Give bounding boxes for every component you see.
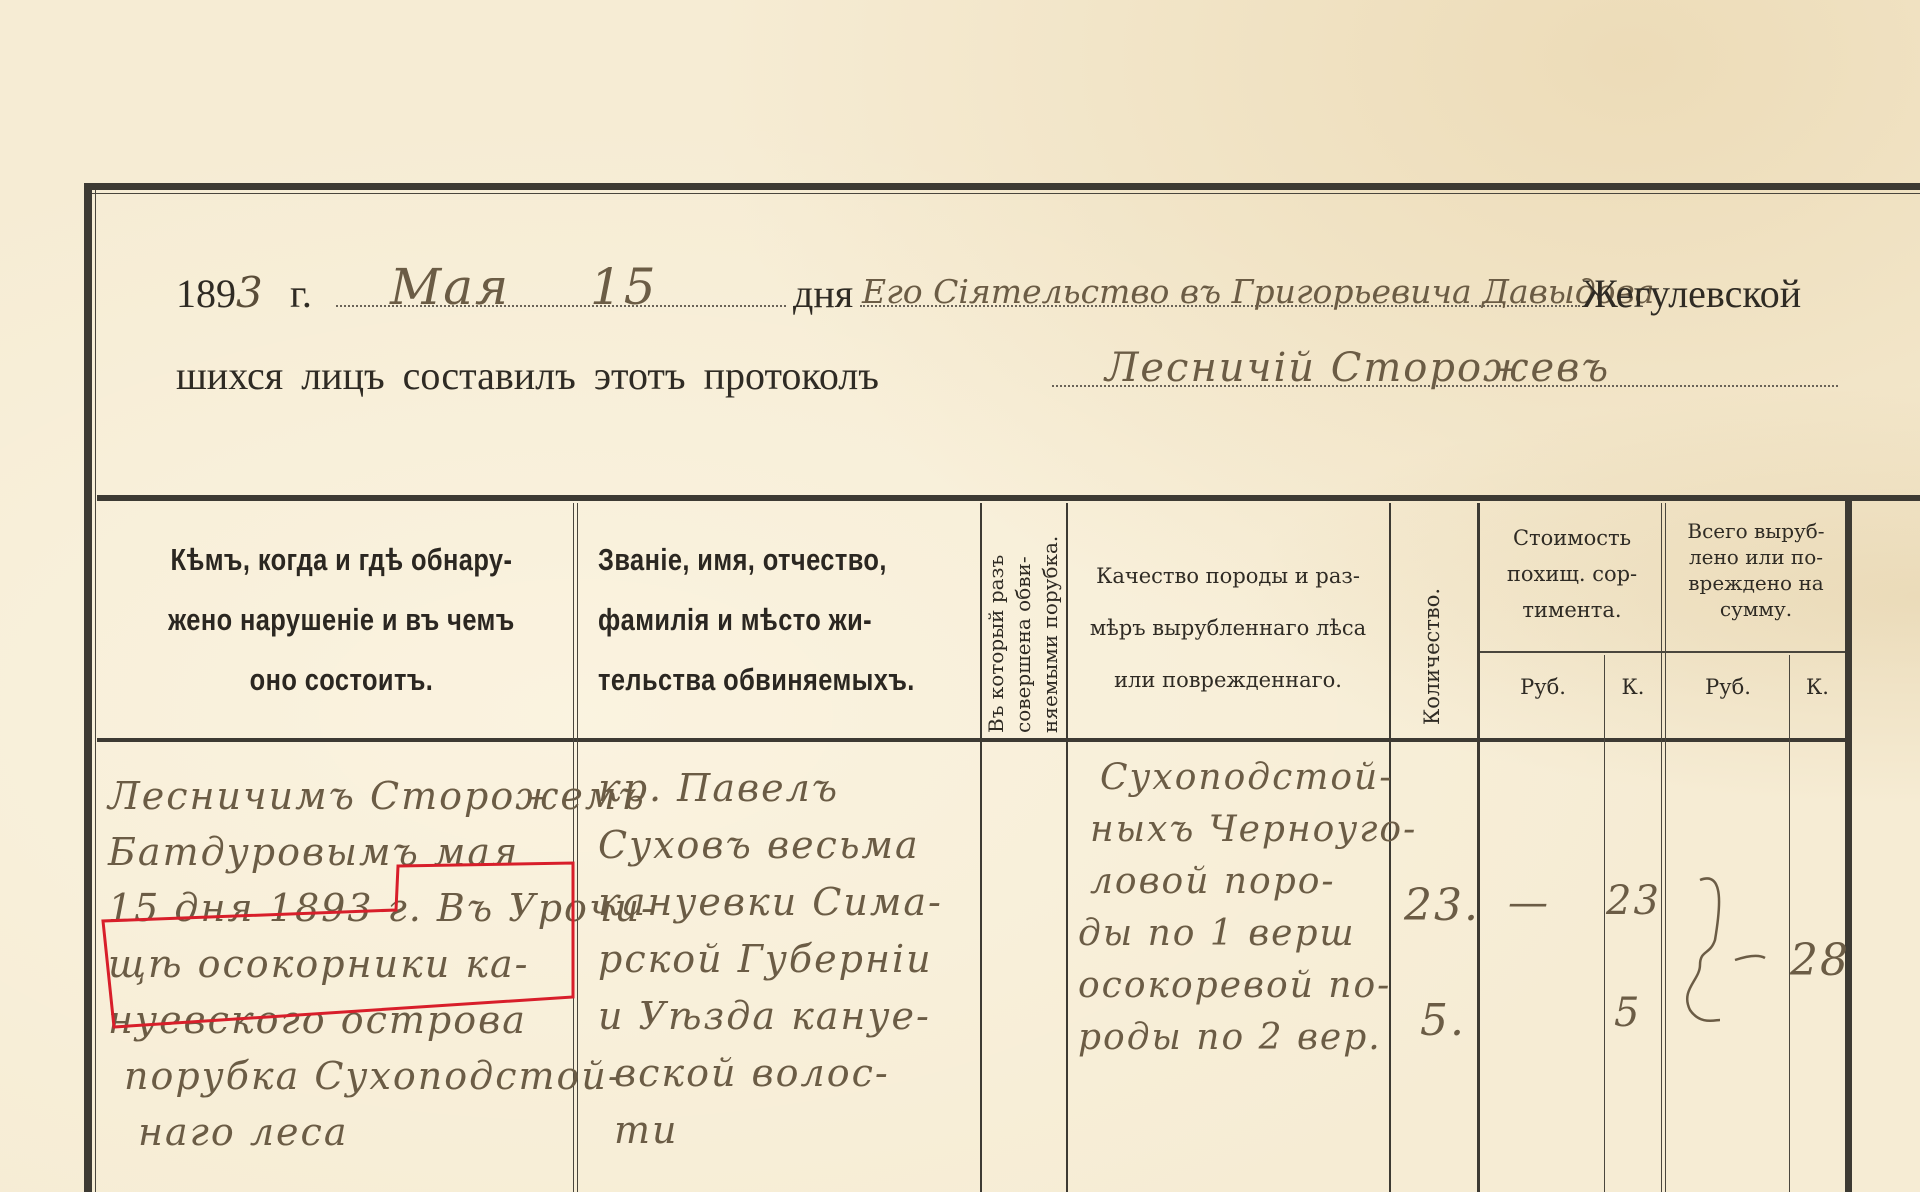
cell-quantity-2: 5. xyxy=(1420,995,1466,1046)
cell-cost-kop-2: 5 xyxy=(1614,990,1641,1036)
text-line: ти xyxy=(598,1102,943,1159)
brace-icon xyxy=(1670,870,1780,1030)
cell-cost-rub: — xyxy=(1508,880,1550,926)
text-line: ныхъ Черноуго- xyxy=(1078,804,1417,856)
cell-quality: Сухоподстой- ныхъ Черноуго- ловой поро- … xyxy=(1078,752,1417,1064)
text-line: рской Губерніи xyxy=(598,931,943,988)
text-line: и Уѣзда кануе- xyxy=(598,988,943,1045)
text-line: ды по 1 верш xyxy=(1078,908,1417,960)
cell-quantity-1: 23. xyxy=(1404,880,1480,931)
text-line: Суховъ весьма xyxy=(598,817,943,874)
text-line: осокоревой по- xyxy=(1078,960,1417,1012)
cell-total-kop: 28 xyxy=(1790,935,1850,986)
text-line: кр. Павелъ xyxy=(598,760,943,817)
text-line: ловой поро- xyxy=(1078,856,1417,908)
text-line: вской волос- xyxy=(598,1045,943,1102)
cell-cost-kop-1: 23 xyxy=(1606,878,1661,924)
text-line: кануевки Сима- xyxy=(598,874,943,931)
text-line: Сухоподстой- xyxy=(1078,752,1417,804)
text-line: роды по 2 вер. xyxy=(1078,1012,1417,1064)
cell-accused: кр. Павелъ Суховъ весьма кануевки Сима- … xyxy=(598,760,943,1159)
